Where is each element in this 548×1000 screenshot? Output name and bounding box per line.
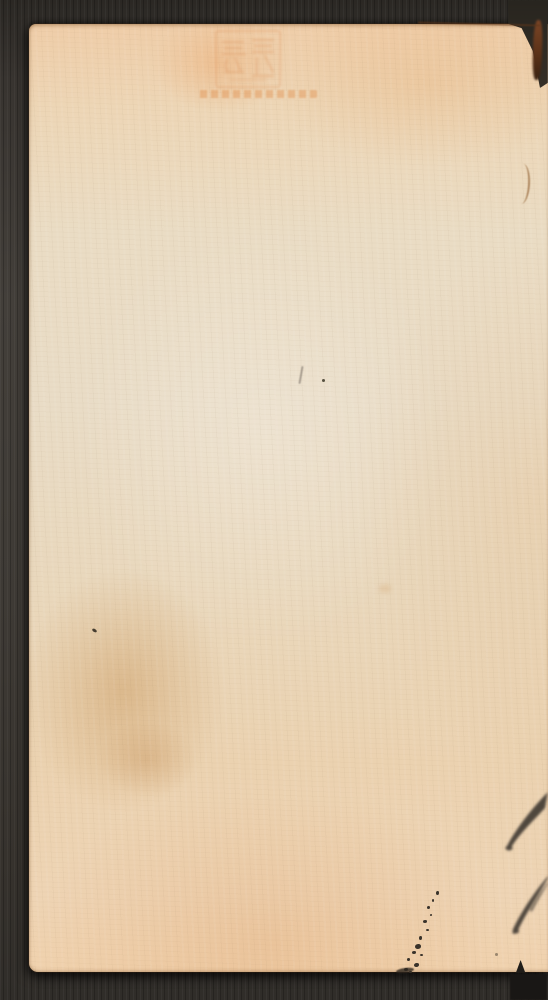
ink-dot xyxy=(420,954,423,956)
scan-backdrop xyxy=(0,0,548,1000)
ink-dot xyxy=(426,929,429,931)
ink-dot xyxy=(430,914,432,916)
seal-glyphs-icon xyxy=(217,32,279,86)
crease-mark xyxy=(517,164,531,205)
binding-bottom-shadow xyxy=(510,974,547,1000)
ink-dot xyxy=(415,944,421,949)
ink-dot xyxy=(432,899,434,902)
ink-dot xyxy=(423,920,427,923)
ink-dot xyxy=(412,951,416,954)
ink-dot xyxy=(436,891,439,895)
book-page xyxy=(29,24,548,972)
edge-shadow-marks-icon xyxy=(488,780,548,960)
speck-mark xyxy=(92,628,98,633)
seal-caption-text xyxy=(197,90,317,98)
speck-mark xyxy=(322,379,325,382)
ink-dot xyxy=(407,958,410,961)
seal-stamp-icon xyxy=(186,28,286,92)
ink-dot xyxy=(419,936,422,940)
fiber-mark xyxy=(298,366,303,384)
faint-stain-spot xyxy=(379,584,391,593)
ink-dot xyxy=(427,906,430,909)
ink-dot xyxy=(414,963,419,967)
